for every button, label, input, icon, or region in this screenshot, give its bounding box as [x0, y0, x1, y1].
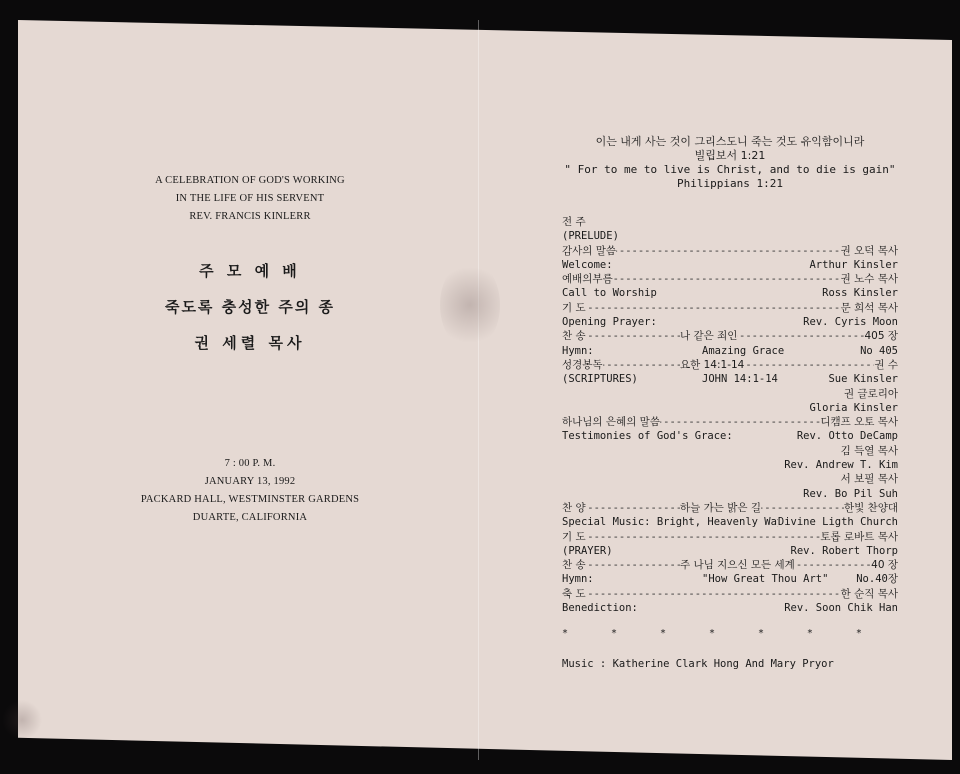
- program-item-label: 기 도: [562, 301, 586, 315]
- program-item-label: Special Music: Bright, Heavenly Way: [562, 515, 783, 529]
- program-row: Gloria Kinsler: [562, 401, 898, 415]
- program-row: Benediction:Rev. Soon Chik Han: [562, 601, 898, 615]
- program-row: ----------------------------------------…: [562, 301, 898, 315]
- program-item-label: 기 도: [562, 530, 586, 544]
- program-order: 전 주(PRELUDE)----------------------------…: [562, 215, 898, 615]
- program-item-leader: 한 순직 목사: [841, 587, 898, 601]
- ink-bleed-stain: [440, 260, 500, 350]
- divider-star: *: [856, 628, 862, 639]
- divider-stars: *******: [562, 628, 862, 639]
- event-venue: PACKARD HALL, WESTMINSTER GARDENS: [130, 491, 370, 509]
- program-item-label: (PRAYER): [562, 544, 613, 558]
- program-row: (PRAYER)Rev. Robert Thorp: [562, 544, 898, 558]
- program-row: ----------------------------------------…: [562, 415, 898, 429]
- program-row: ----------------------------------------…: [562, 244, 898, 258]
- program-item-leader: Gloria Kinsler: [809, 401, 898, 415]
- program-item-detail: 요한 14:1-14: [680, 358, 744, 372]
- program-item-label: Hymn:: [562, 344, 594, 358]
- program-item-leader: 405 장: [864, 329, 898, 343]
- program-item-leader: No.40장: [856, 572, 898, 586]
- program-row: Hymn:"How Great Thou Art"No.40장: [562, 572, 898, 586]
- program-item-label: (PRELUDE): [562, 229, 619, 243]
- program-item-leader: No 405: [860, 344, 898, 358]
- verse-korean-ref: 빌립보서 1:21: [562, 148, 898, 163]
- service-title: 주 모 예 배: [130, 260, 370, 281]
- program-row: Special Music: Bright, Heavenly WayDivin…: [562, 515, 898, 529]
- program-item-leader: 권 노수 목사: [841, 272, 898, 286]
- program-item-label: Testimonies of God's Grace:: [562, 429, 733, 443]
- verse-english-ref: Philippians 1:21: [562, 176, 898, 191]
- program-row: (SCRIPTURES)JOHN 14:1-14Sue Kinsler: [562, 372, 898, 386]
- program-item-leader: Rev. Andrew T. Kim: [784, 458, 898, 472]
- service-subtitle: 죽도록 충성한 주의 종: [130, 296, 370, 317]
- program-item-label: 축 도: [562, 587, 586, 601]
- program-item-detail: Amazing Grace: [702, 344, 784, 358]
- program-item-detail: 주 나님 지으신 모든 세계: [680, 558, 795, 572]
- program-row: 서 보필 목사: [562, 472, 898, 486]
- program-row: ----------------------------------------…: [562, 587, 898, 601]
- program-row: 권 글로리아: [562, 387, 898, 401]
- event-time: 7 : 00 P. M.: [130, 455, 370, 473]
- caption-line: IN THE LIFE OF HIS SERVENT: [130, 190, 370, 208]
- program-item-label: Benediction:: [562, 601, 638, 615]
- caption-line: A CELEBRATION OF GOD'S WORKING: [130, 172, 370, 190]
- center-fold: [478, 20, 479, 760]
- program-item-label: Welcome:: [562, 258, 613, 272]
- program-item-leader: Sue Kinsler: [828, 372, 898, 386]
- event-city: DUARTE, CALIFORNIA: [130, 509, 370, 527]
- program-row: Welcome:Arthur Kinsler: [562, 258, 898, 272]
- program-item-detail: "How Great Thou Art": [702, 572, 828, 586]
- program-item-label: 찬 양: [562, 501, 586, 515]
- program-item-detail: 나 같은 죄인: [680, 329, 737, 343]
- verse-english: " For to me to live is Christ, and to di…: [562, 162, 898, 177]
- program-item-leader: 디캠프 오토 목사: [820, 415, 898, 429]
- divider-star: *: [562, 628, 568, 639]
- program-row: Call to WorshipRoss Kinsler: [562, 286, 898, 300]
- program-item-label: 감사의 말씀: [562, 244, 616, 258]
- program-item-leader: 권 오덕 목사: [841, 244, 898, 258]
- program-row: Hymn:Amazing GraceNo 405: [562, 344, 898, 358]
- event-date: JANUARY 13, 1992: [130, 473, 370, 491]
- program-row: Rev. Andrew T. Kim: [562, 458, 898, 472]
- program-item-label: Hymn:: [562, 572, 594, 586]
- program-row: 전 주: [562, 215, 898, 229]
- program-item-leader: 토롭 로바트 목사: [820, 530, 898, 544]
- program-item-leader: Rev. Robert Thorp: [791, 544, 898, 558]
- program-item-label: 찬 송: [562, 558, 586, 572]
- celebration-caption: A CELEBRATION OF GOD'S WORKING IN THE LI…: [130, 172, 370, 226]
- program-item-leader: 문 희석 목사: [841, 301, 898, 315]
- divider-star: *: [660, 628, 666, 639]
- program-item-label: (SCRIPTURES): [562, 372, 638, 386]
- program-item-leader: 김 득열 목사: [841, 444, 898, 458]
- program-row: ----------------------------------------…: [562, 272, 898, 286]
- program-item-label: Opening Prayer:: [562, 315, 657, 329]
- program-item-leader: Rev. Bo Pil Suh: [803, 487, 898, 501]
- program-row: ----------------------------------------…: [562, 329, 898, 343]
- divider-star: *: [709, 628, 715, 639]
- corner-stain: [2, 700, 42, 740]
- program-item-label: 예배의부름: [562, 272, 613, 286]
- program-row: ----------------------------------------…: [562, 530, 898, 544]
- divider-star: *: [758, 628, 764, 639]
- program-item-leader: Rev. Soon Chik Han: [784, 601, 898, 615]
- event-details: 7 : 00 P. M. JANUARY 13, 1992 PACKARD HA…: [130, 455, 370, 527]
- program-item-leader: 권 수: [874, 358, 898, 372]
- program-row: Rev. Bo Pil Suh: [562, 487, 898, 501]
- program-item-leader: 서 보필 목사: [841, 472, 898, 486]
- program-row: Testimonies of God's Grace:Rev. Otto DeC…: [562, 429, 898, 443]
- program-item-leader: 한빛 찬양대: [844, 501, 898, 515]
- program-item-leader: Arthur Kinsler: [809, 258, 898, 272]
- caption-line: REV. FRANCIS KINLERR: [130, 208, 370, 226]
- program-row: 김 득열 목사: [562, 444, 898, 458]
- program-row: ----------------------------------------…: [562, 501, 898, 515]
- program-item-leader: Ross Kinsler: [822, 286, 898, 300]
- program-item-label: 찬 송: [562, 329, 586, 343]
- program-item-leader: Divine Ligth Church: [778, 515, 898, 529]
- program-item-label: 하나님의 은혜의 말씀: [562, 415, 660, 429]
- music-credit: Music : Katherine Clark Hong And Mary Pr…: [562, 658, 834, 670]
- program-item-label: 성경봉독: [562, 358, 603, 372]
- program-row: ----------------------------------------…: [562, 558, 898, 572]
- divider-star: *: [807, 628, 813, 639]
- program-row: (PRELUDE): [562, 229, 898, 243]
- program-item-leader: 40 장: [871, 558, 898, 572]
- program-item-leader: Rev. Cyris Moon: [803, 315, 898, 329]
- program-item-label: 전 주: [562, 215, 586, 229]
- program-item-label: Call to Worship: [562, 286, 657, 300]
- verse-korean: 이는 내게 사는 것이 그리스도니 죽는 것도 유익함이니라: [562, 134, 898, 149]
- program-row: ----------------------------------------…: [562, 358, 898, 372]
- program-item-leader: 권 글로리아: [844, 387, 898, 401]
- honoree-name: 권 세렬 목사: [130, 332, 370, 353]
- program-item-detail: JOHN 14:1-14: [702, 372, 778, 386]
- divider-star: *: [611, 628, 617, 639]
- program-item-leader: Rev. Otto DeCamp: [797, 429, 898, 443]
- program-item-detail: 하늘 가는 밝은 길: [680, 501, 761, 515]
- program-row: Opening Prayer:Rev. Cyris Moon: [562, 315, 898, 329]
